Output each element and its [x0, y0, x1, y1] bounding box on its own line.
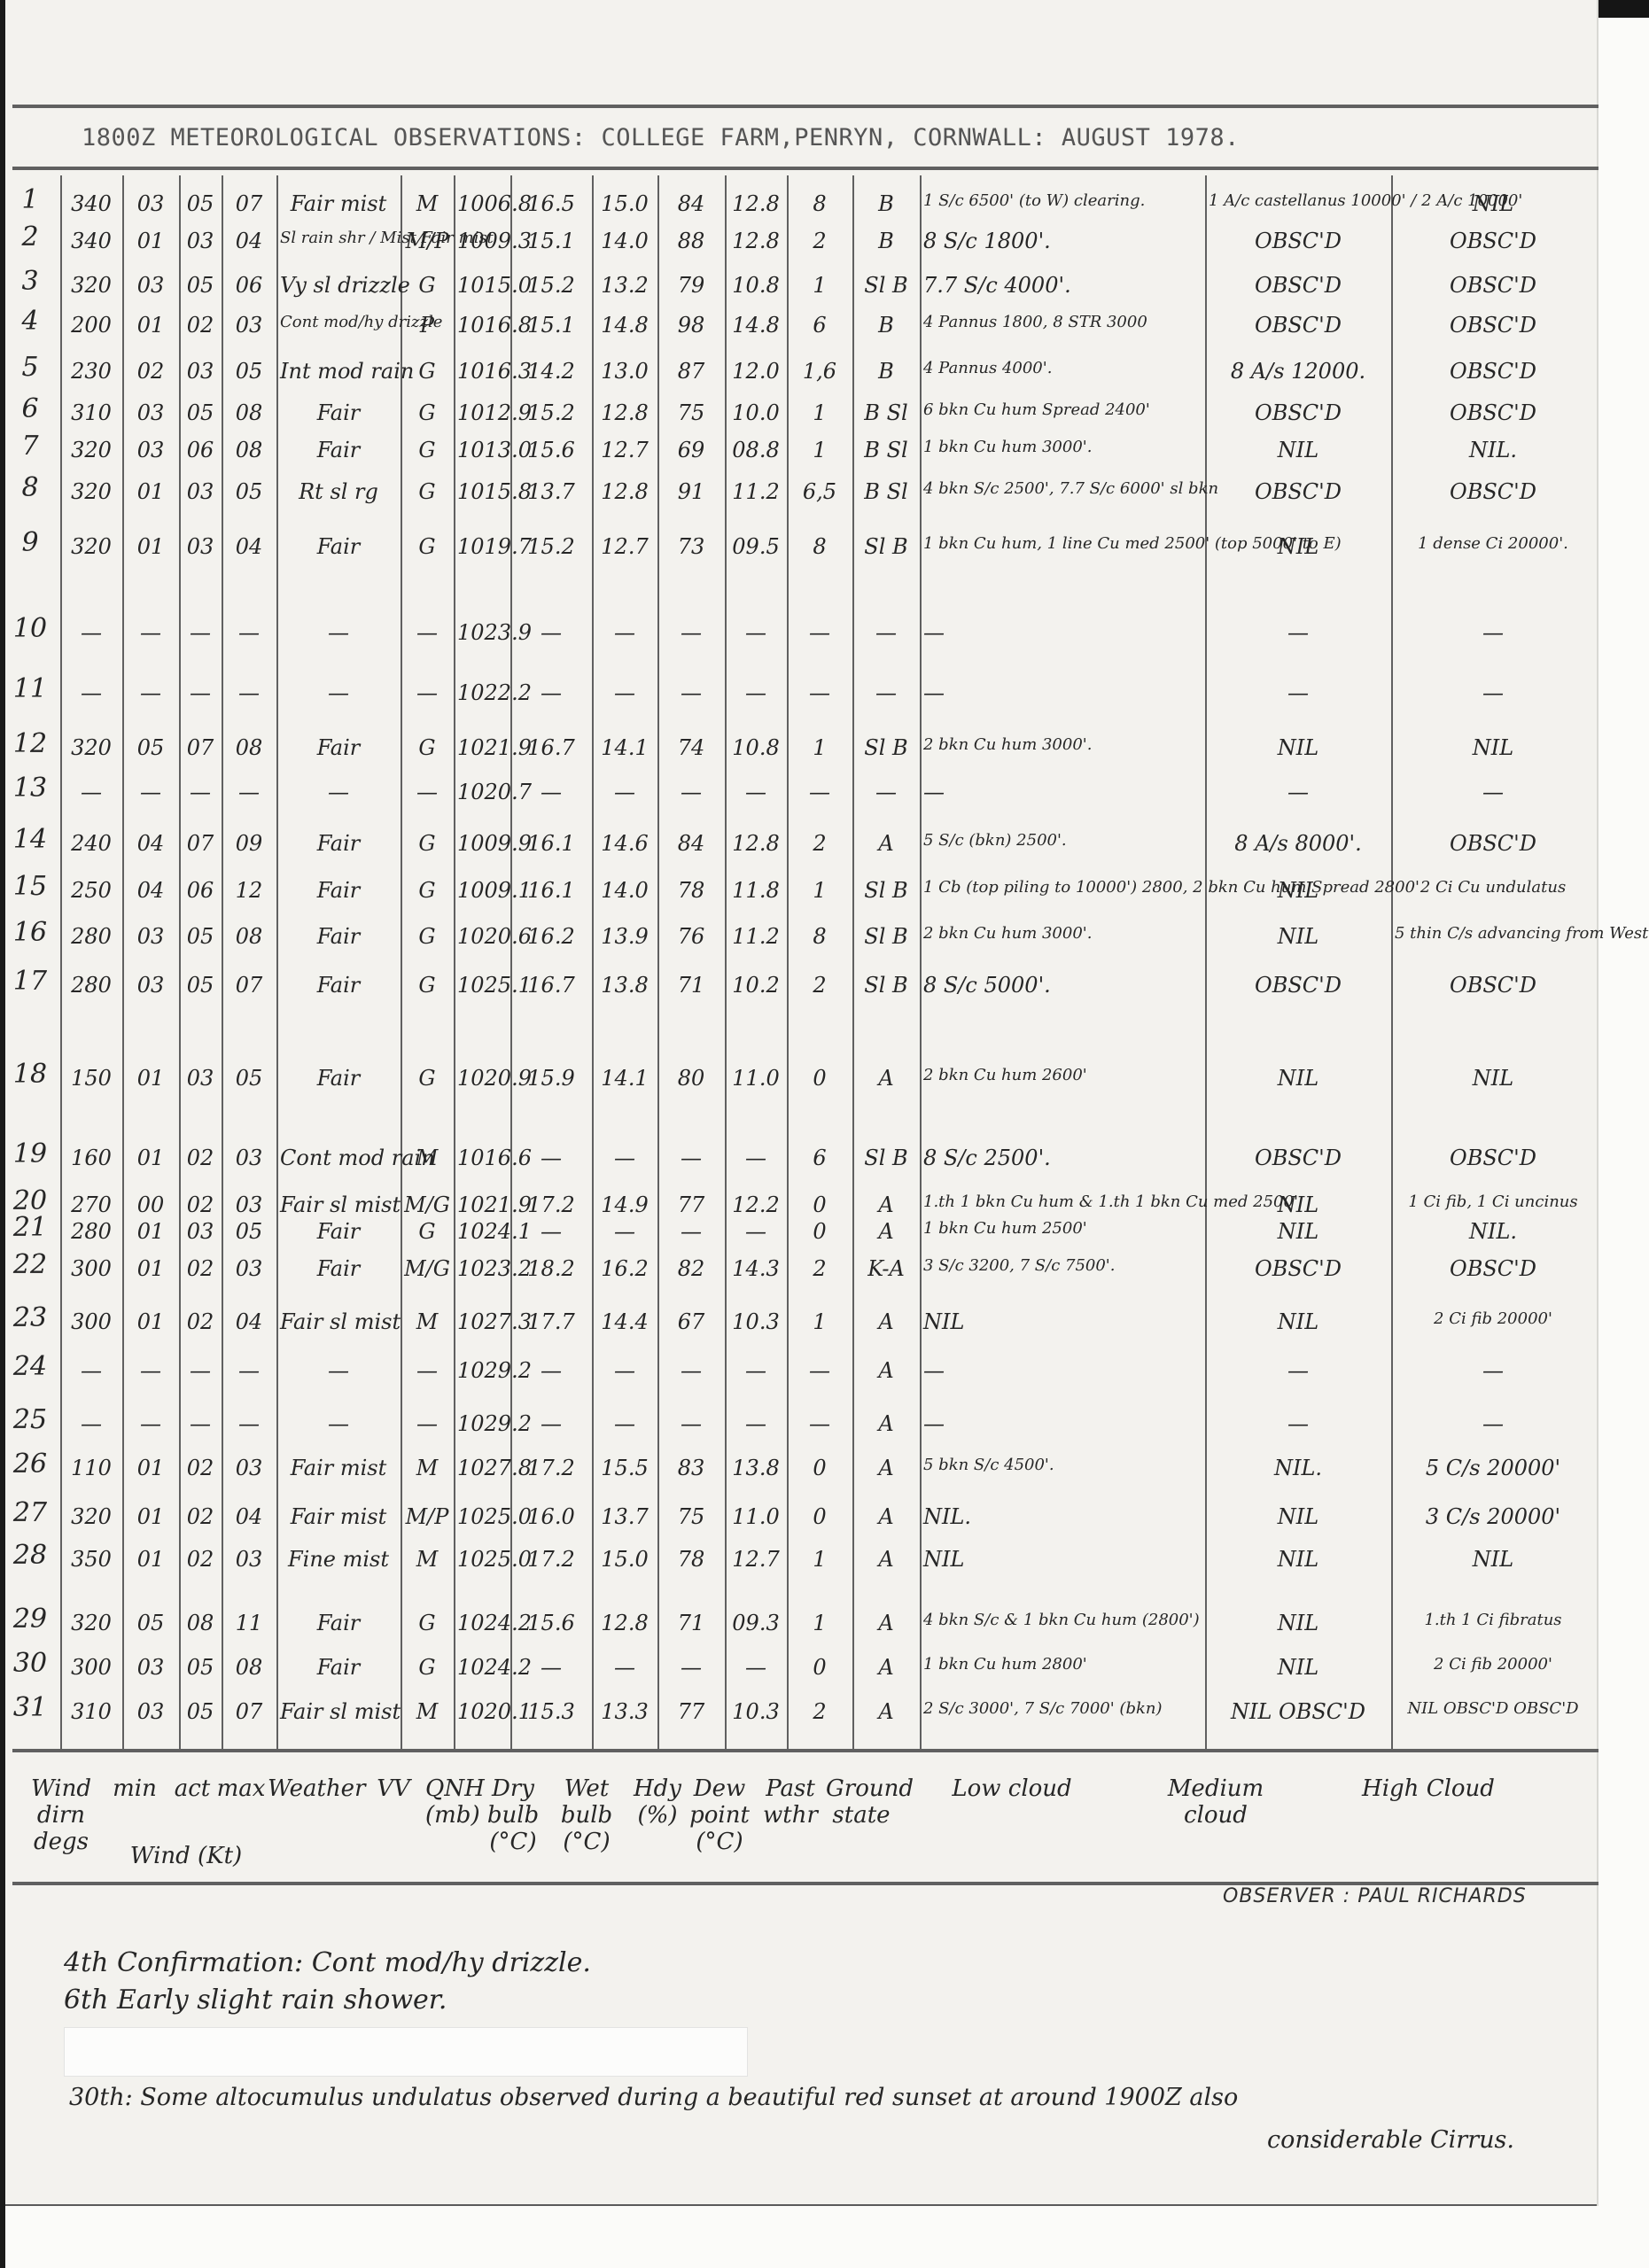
cell-hdy: 71 — [661, 973, 721, 998]
cell-wind-act: 03 — [183, 534, 218, 559]
cell-hdy: 80 — [661, 1066, 721, 1091]
cell-qnh: 1015.0 — [457, 273, 507, 298]
cell-ground: A — [856, 1411, 916, 1436]
cell-wet: 13.3 — [595, 1699, 654, 1724]
cell-high: 1 dense Ci 20000'. — [1395, 534, 1591, 553]
cell-wind-min: 01 — [126, 1146, 175, 1170]
day-number: 18 — [12, 1059, 48, 1090]
cell-medium: NIL — [1209, 1219, 1388, 1244]
cell-weather: Fair — [280, 735, 397, 760]
cell-qnh: 1009.9 — [457, 831, 507, 856]
cell-hdy: 75 — [661, 400, 721, 425]
cell-vv: M — [404, 1699, 450, 1724]
cell-high: OBSC'D — [1395, 479, 1591, 504]
cell-high: OBSC'D — [1395, 1146, 1591, 1170]
cell-dew: 12.2 — [728, 1192, 783, 1217]
cell-wind-act: 05 — [183, 1699, 218, 1724]
day-number: 4 — [12, 306, 48, 337]
cell-wind-act: 05 — [183, 400, 218, 425]
cell-dew: 13.8 — [728, 1456, 783, 1480]
cell-wind-act: 03 — [183, 1066, 218, 1091]
cell-qnh: 1020.1 — [457, 1699, 507, 1724]
cell-medium: OBSC'D — [1209, 313, 1388, 338]
cell-wind-act: 07 — [183, 831, 218, 856]
cell-dry: 16.0 — [514, 1504, 588, 1529]
cell-low: 2 bkn Cu hum 2600' — [923, 1066, 1202, 1084]
cell-vv: M/G — [404, 1192, 450, 1217]
cell-wind-min: 05 — [126, 1611, 175, 1635]
cell-wind-min: 01 — [126, 1547, 175, 1572]
day-number: 21 — [12, 1212, 48, 1243]
note-4th: 4th Confirmation: Cont mod/hy drizzle. — [64, 1947, 591, 1978]
day-number: 29 — [12, 1604, 48, 1635]
day-number: 22 — [12, 1249, 48, 1280]
cell-vv: G — [404, 924, 450, 949]
cell-medium: OBSC'D — [1209, 229, 1388, 253]
cell-weather: Rt sl rg — [280, 479, 397, 504]
cell-dew: 12.7 — [728, 1547, 783, 1572]
cell-hdy: — — [661, 1411, 721, 1436]
cell-wind-act: 02 — [183, 1547, 218, 1572]
cell-dew: 11.0 — [728, 1066, 783, 1091]
cell-hdy: — — [661, 1146, 721, 1170]
day-number: 5 — [12, 352, 48, 383]
cell-hdy: — — [661, 1219, 721, 1244]
cell-wet: 12.7 — [595, 534, 654, 559]
cell-wet: 16.2 — [595, 1256, 654, 1281]
cell-wet: 12.8 — [595, 479, 654, 504]
header-dew: Dew point (°C) — [688, 1775, 751, 1855]
observer-name: OBSERVER : PAUL RICHARDS — [1223, 1885, 1527, 1907]
cell-wind-max: 05 — [225, 479, 273, 504]
cell-ground: — — [856, 780, 916, 804]
note-30th: 30th: Some altocumulus undulatus observe… — [69, 2084, 1238, 2111]
cell-ground: Sl B — [856, 534, 916, 559]
cell-medium: OBSC'D — [1209, 1146, 1388, 1170]
cell-low: 4 Pannus 1800, 8 STR 3000 — [923, 313, 1202, 331]
cell-ground: A — [856, 1611, 916, 1635]
cell-qnh: 1024.1 — [457, 1219, 507, 1244]
cell-ground: A — [856, 1655, 916, 1680]
cell-ground: A — [856, 1699, 916, 1724]
cell-hdy: 91 — [661, 479, 721, 504]
cell-wind-min: 04 — [126, 831, 175, 856]
cell-wind-dir: 110 — [64, 1456, 119, 1480]
cell-high: 2 Ci Cu undulatus — [1395, 878, 1591, 897]
cell-vv: M — [404, 1456, 450, 1480]
cell-wind-dir: 340 — [64, 191, 119, 216]
cell-qnh: 1029.2 — [457, 1411, 507, 1436]
cell-medium: OBSC'D — [1209, 273, 1388, 298]
cell-wind-max: 04 — [225, 229, 273, 253]
cell-hdy: 77 — [661, 1699, 721, 1724]
cell-dew: — — [728, 1655, 783, 1680]
cell-high: NIL. — [1395, 1219, 1591, 1244]
cell-dew: — — [728, 1219, 783, 1244]
cell-high: — — [1395, 680, 1591, 705]
cell-ground: B Sl — [856, 400, 916, 425]
cell-past: 8 — [790, 924, 849, 949]
cell-weather: Fair — [280, 924, 397, 949]
cell-wind-max: 08 — [225, 438, 273, 462]
column-rule — [179, 175, 181, 1751]
cell-high: OBSC'D — [1395, 831, 1591, 856]
cell-medium: NIL — [1209, 1309, 1388, 1334]
cell-medium: NIL — [1209, 924, 1388, 949]
cell-hdy: — — [661, 1358, 721, 1383]
cell-dew: 14.3 — [728, 1256, 783, 1281]
cell-wind-dir: 320 — [64, 479, 119, 504]
cell-ground: A — [856, 831, 916, 856]
cell-wet: 14.0 — [595, 229, 654, 253]
cell-dry: — — [514, 1146, 588, 1170]
cell-dew: — — [728, 620, 783, 645]
cell-past: 6 — [790, 313, 849, 338]
cell-dry: 16.7 — [514, 735, 588, 760]
cell-dew: 09.5 — [728, 534, 783, 559]
cell-wind-max: 08 — [225, 735, 273, 760]
cell-wet: 15.0 — [595, 191, 654, 216]
cell-qnh: 1016.6 — [457, 1146, 507, 1170]
cell-hdy: 74 — [661, 735, 721, 760]
cell-high: OBSC'D — [1395, 359, 1591, 384]
cell-wind-min: 01 — [126, 1256, 175, 1281]
cell-dry: 16.7 — [514, 973, 588, 998]
cell-qnh: 1020.6 — [457, 924, 507, 949]
cell-dew: 10.3 — [728, 1699, 783, 1724]
cell-dew: 12.8 — [728, 191, 783, 216]
note-6th: 6th Early slight rain shower. — [64, 1984, 447, 2016]
cell-wind-act: 02 — [183, 1146, 218, 1170]
cell-low: 2 S/c 3000', 7 S/c 7000' (bkn) — [923, 1699, 1202, 1718]
cell-hdy: 69 — [661, 438, 721, 462]
cell-dew: 09.3 — [728, 1611, 783, 1635]
cell-dry: — — [514, 680, 588, 705]
cell-wet: 13.9 — [595, 924, 654, 949]
cell-ground: A — [856, 1456, 916, 1480]
cell-wind-act: 06 — [183, 878, 218, 903]
cell-wind-max: 03 — [225, 1256, 273, 1281]
cell-dew: 10.2 — [728, 973, 783, 998]
cell-wind-max: 05 — [225, 1066, 273, 1091]
cell-weather: Int mod rain — [280, 359, 397, 384]
cell-dry: 15.6 — [514, 438, 588, 462]
cell-weather: Fair mist — [280, 1504, 397, 1529]
cell-wind-min: 01 — [126, 1309, 175, 1334]
cell-high: OBSC'D — [1395, 273, 1591, 298]
cell-wind-max: 11 — [225, 1611, 273, 1635]
cell-medium: — — [1209, 780, 1388, 804]
cell-vv: G — [404, 831, 450, 856]
column-rule — [401, 175, 402, 1751]
cell-wind-min: — — [126, 1411, 175, 1436]
cell-wet: 14.1 — [595, 735, 654, 760]
cell-dew: — — [728, 680, 783, 705]
cell-wind-min: 04 — [126, 878, 175, 903]
cell-qnh: 1024.2 — [457, 1611, 507, 1635]
cell-dry: 16.1 — [514, 878, 588, 903]
cell-qnh: 1023.9 — [457, 620, 507, 645]
cell-medium: NIL — [1209, 878, 1388, 903]
cell-wind-act: 07 — [183, 735, 218, 760]
cell-wind-dir: 160 — [64, 1146, 119, 1170]
title-rule-top — [12, 105, 1598, 108]
cell-ground: A — [856, 1309, 916, 1334]
cell-low: — — [923, 620, 1202, 645]
cell-qnh: 1012.9 — [457, 400, 507, 425]
cell-qnh: 1022.2 — [457, 680, 507, 705]
cell-hdy: — — [661, 620, 721, 645]
cell-hdy: 78 — [661, 878, 721, 903]
cell-high: NIL — [1395, 1547, 1591, 1572]
header-wind-act: act — [166, 1775, 219, 1802]
cell-wind-max: 03 — [225, 313, 273, 338]
cell-dry: 14.2 — [514, 359, 588, 384]
cell-past: 0 — [790, 1504, 849, 1529]
cell-wet: — — [595, 680, 654, 705]
cell-wind-max: 09 — [225, 831, 273, 856]
cell-past: 1 — [790, 400, 849, 425]
cell-low: — — [923, 780, 1202, 804]
cell-wind-min: — — [126, 780, 175, 804]
cell-dry: — — [514, 1411, 588, 1436]
cell-vv: G — [404, 973, 450, 998]
cell-qnh: 1027.8 — [457, 1456, 507, 1480]
day-number: 26 — [12, 1449, 48, 1480]
cell-wind-act: — — [183, 680, 218, 705]
cell-qnh: 1006.8 — [457, 191, 507, 216]
cell-hdy: 67 — [661, 1309, 721, 1334]
cell-wet: — — [595, 1358, 654, 1383]
cell-medium: 1 A/c castellanus 10000' / 2 A/c 10000' — [1209, 191, 1388, 210]
cell-ground: — — [856, 620, 916, 645]
cell-vv: M/G — [404, 1256, 450, 1281]
cell-ground: — — [856, 680, 916, 705]
cell-vv: M — [404, 1309, 450, 1334]
cell-wind-dir: 310 — [64, 400, 119, 425]
day-number: 28 — [12, 1540, 48, 1571]
cell-past: 2 — [790, 229, 849, 253]
cell-low: 2 bkn Cu hum 3000'. — [923, 735, 1202, 754]
cell-dry: 18.2 — [514, 1256, 588, 1281]
cell-wind-max: 08 — [225, 400, 273, 425]
cell-ground: A — [856, 1547, 916, 1572]
cell-vv: G — [404, 1219, 450, 1244]
cell-vv: — — [404, 1358, 450, 1383]
cell-dry: — — [514, 1219, 588, 1244]
day-number: 2 — [12, 221, 48, 252]
cell-dew: 10.8 — [728, 735, 783, 760]
cell-wind-min: 03 — [126, 438, 175, 462]
torn-edge — [5, 2204, 1597, 2211]
cell-wind-act: 08 — [183, 1611, 218, 1635]
cell-low: 1 bkn Cu hum 2800' — [923, 1655, 1202, 1674]
day-number: 30 — [12, 1648, 48, 1679]
cell-wind-min: 01 — [126, 1504, 175, 1529]
cell-wind-dir: 200 — [64, 313, 119, 338]
cell-wind-act: 05 — [183, 924, 218, 949]
cell-high: OBSC'D — [1395, 1256, 1591, 1281]
cell-past: — — [790, 1411, 849, 1436]
cell-ground: Sl B — [856, 273, 916, 298]
cell-wind-act: 03 — [183, 359, 218, 384]
cell-wind-dir: 280 — [64, 924, 119, 949]
cell-wind-max: 06 — [225, 273, 273, 298]
day-number: 8 — [12, 472, 48, 503]
header-wind-dir: Wind dirn degs — [30, 1775, 92, 1855]
cell-weather: Fair — [280, 1611, 397, 1635]
cell-hdy: 79 — [661, 273, 721, 298]
cell-wind-dir: 270 — [64, 1192, 119, 1217]
cell-hdy: 76 — [661, 924, 721, 949]
cell-ground: B — [856, 229, 916, 253]
day-number: 10 — [12, 613, 48, 644]
column-rule — [1205, 175, 1207, 1751]
cell-weather: Cont mod/hy drizzle — [280, 313, 397, 331]
cell-dry: — — [514, 780, 588, 804]
cell-hdy: 84 — [661, 831, 721, 856]
cell-low: 3 S/c 3200, 7 S/c 7500'. — [923, 1256, 1202, 1275]
cell-low: 4 bkn S/c 2500', 7.7 S/c 6000' sl bkn — [923, 479, 1202, 498]
cell-weather: Fair mist — [280, 1456, 397, 1480]
cell-past: — — [790, 680, 849, 705]
cell-vv: G — [404, 534, 450, 559]
cell-wind-max: 08 — [225, 1655, 273, 1680]
correction-patch — [64, 2027, 748, 2077]
cell-weather: Fair — [280, 1256, 397, 1281]
cell-hdy: 98 — [661, 313, 721, 338]
cell-hdy: 88 — [661, 229, 721, 253]
cell-hdy: 83 — [661, 1456, 721, 1480]
cell-dry: — — [514, 1358, 588, 1383]
cell-wind-min: 03 — [126, 1699, 175, 1724]
cell-medium: 8 A/s 8000'. — [1209, 831, 1388, 856]
cell-hdy: 73 — [661, 534, 721, 559]
cell-wet: 13.0 — [595, 359, 654, 384]
cell-medium: NIL. — [1209, 1456, 1388, 1480]
cell-vv: G — [404, 1066, 450, 1091]
cell-weather: — — [280, 1358, 397, 1383]
cell-wind-dir: — — [64, 1411, 119, 1436]
cell-wind-act: 02 — [183, 1456, 218, 1480]
cell-wind-dir: 150 — [64, 1066, 119, 1091]
cell-dry: 15.2 — [514, 534, 588, 559]
cell-past: 1 — [790, 1611, 849, 1635]
cell-wind-min: 03 — [126, 400, 175, 425]
cell-vv: M — [404, 191, 450, 216]
column-rule — [787, 175, 789, 1751]
cell-high: 3 C/s 20000' — [1395, 1504, 1591, 1529]
cell-qnh: 1025.1 — [457, 973, 507, 998]
cell-medium: OBSC'D — [1209, 973, 1388, 998]
cell-dew: — — [728, 1358, 783, 1383]
cell-wind-act: 03 — [183, 1219, 218, 1244]
cell-wind-min: 03 — [126, 191, 175, 216]
cell-medium: NIL — [1209, 1192, 1388, 1217]
day-number: 23 — [12, 1302, 48, 1333]
cell-hdy: 87 — [661, 359, 721, 384]
cell-wind-act: 02 — [183, 1504, 218, 1529]
cell-qnh: 1027.3 — [457, 1309, 507, 1334]
cell-past: 1 — [790, 878, 849, 903]
cell-weather: Sl rain shr / Mist Fair mist — [280, 229, 397, 247]
cell-wind-min: — — [126, 680, 175, 705]
cell-wet: — — [595, 1655, 654, 1680]
cell-high: 1.th 1 Ci fibratus — [1395, 1611, 1591, 1629]
cell-wind-max: 08 — [225, 924, 273, 949]
cell-ground: B — [856, 191, 916, 216]
day-number: 9 — [12, 527, 48, 558]
cell-wind-dir: 280 — [64, 973, 119, 998]
header-wet: Wet bulb (°C) — [556, 1775, 618, 1855]
note-30th-cont: considerable Cirrus. — [1267, 2126, 1514, 2154]
cell-wet: — — [595, 1146, 654, 1170]
day-number: 15 — [12, 871, 48, 902]
cell-past: 6,5 — [790, 479, 849, 504]
cell-dew: 10.8 — [728, 273, 783, 298]
cell-wind-max: — — [225, 680, 273, 705]
cell-high: OBSC'D — [1395, 973, 1591, 998]
cell-low: 8 S/c 5000'. — [923, 973, 1202, 998]
cell-wind-dir: — — [64, 680, 119, 705]
cell-low: 8 S/c 1800'. — [923, 229, 1202, 253]
cell-wet: 14.9 — [595, 1192, 654, 1217]
cell-low: — — [923, 680, 1202, 705]
cell-low: 4 bkn S/c & 1 bkn Cu hum (2800') — [923, 1611, 1202, 1629]
cell-dew: — — [728, 1411, 783, 1436]
cell-low: — — [923, 1358, 1202, 1383]
cell-medium: NIL — [1209, 1066, 1388, 1091]
cell-wind-dir: 250 — [64, 878, 119, 903]
cell-wind-min: 01 — [126, 1219, 175, 1244]
cell-qnh: 1024.2 — [457, 1655, 507, 1680]
cell-dry: 15.6 — [514, 1611, 588, 1635]
header-wind-group: Wind (Kt) — [106, 1843, 266, 1869]
cell-wind-dir: 300 — [64, 1256, 119, 1281]
cell-low: 1 bkn Cu hum, 1 line Cu med 2500' (top 5… — [923, 534, 1202, 553]
day-number: 6 — [12, 393, 48, 424]
cell-wind-min: 01 — [126, 229, 175, 253]
cell-wind-min: 01 — [126, 1456, 175, 1480]
cell-weather: Fair sl mist — [280, 1699, 397, 1724]
day-number: 19 — [12, 1138, 48, 1169]
cell-wind-act: 03 — [183, 229, 218, 253]
cell-past: 0 — [790, 1066, 849, 1091]
cell-wet: 12.8 — [595, 1611, 654, 1635]
cell-vv: G — [404, 479, 450, 504]
cell-past: 1 — [790, 438, 849, 462]
cell-dry: 17.2 — [514, 1547, 588, 1572]
cell-vv: — — [404, 620, 450, 645]
cell-past: 2 — [790, 1256, 849, 1281]
cell-hdy: 84 — [661, 191, 721, 216]
cell-wind-act: — — [183, 1358, 218, 1383]
column-rule — [657, 175, 659, 1751]
cell-vv: M — [404, 1146, 450, 1170]
cell-wet: 13.8 — [595, 973, 654, 998]
cell-weather: Fair — [280, 1655, 397, 1680]
cell-dew: — — [728, 1146, 783, 1170]
cell-weather: Fair — [280, 438, 397, 462]
cell-medium: NIL — [1209, 735, 1388, 760]
cell-dew: 11.0 — [728, 1504, 783, 1529]
cell-wind-dir: 320 — [64, 735, 119, 760]
cell-weather: — — [280, 1411, 397, 1436]
cell-ground: Sl B — [856, 924, 916, 949]
cell-dew: 12.0 — [728, 359, 783, 384]
column-rule — [592, 175, 594, 1751]
cell-past: 1 — [790, 1309, 849, 1334]
